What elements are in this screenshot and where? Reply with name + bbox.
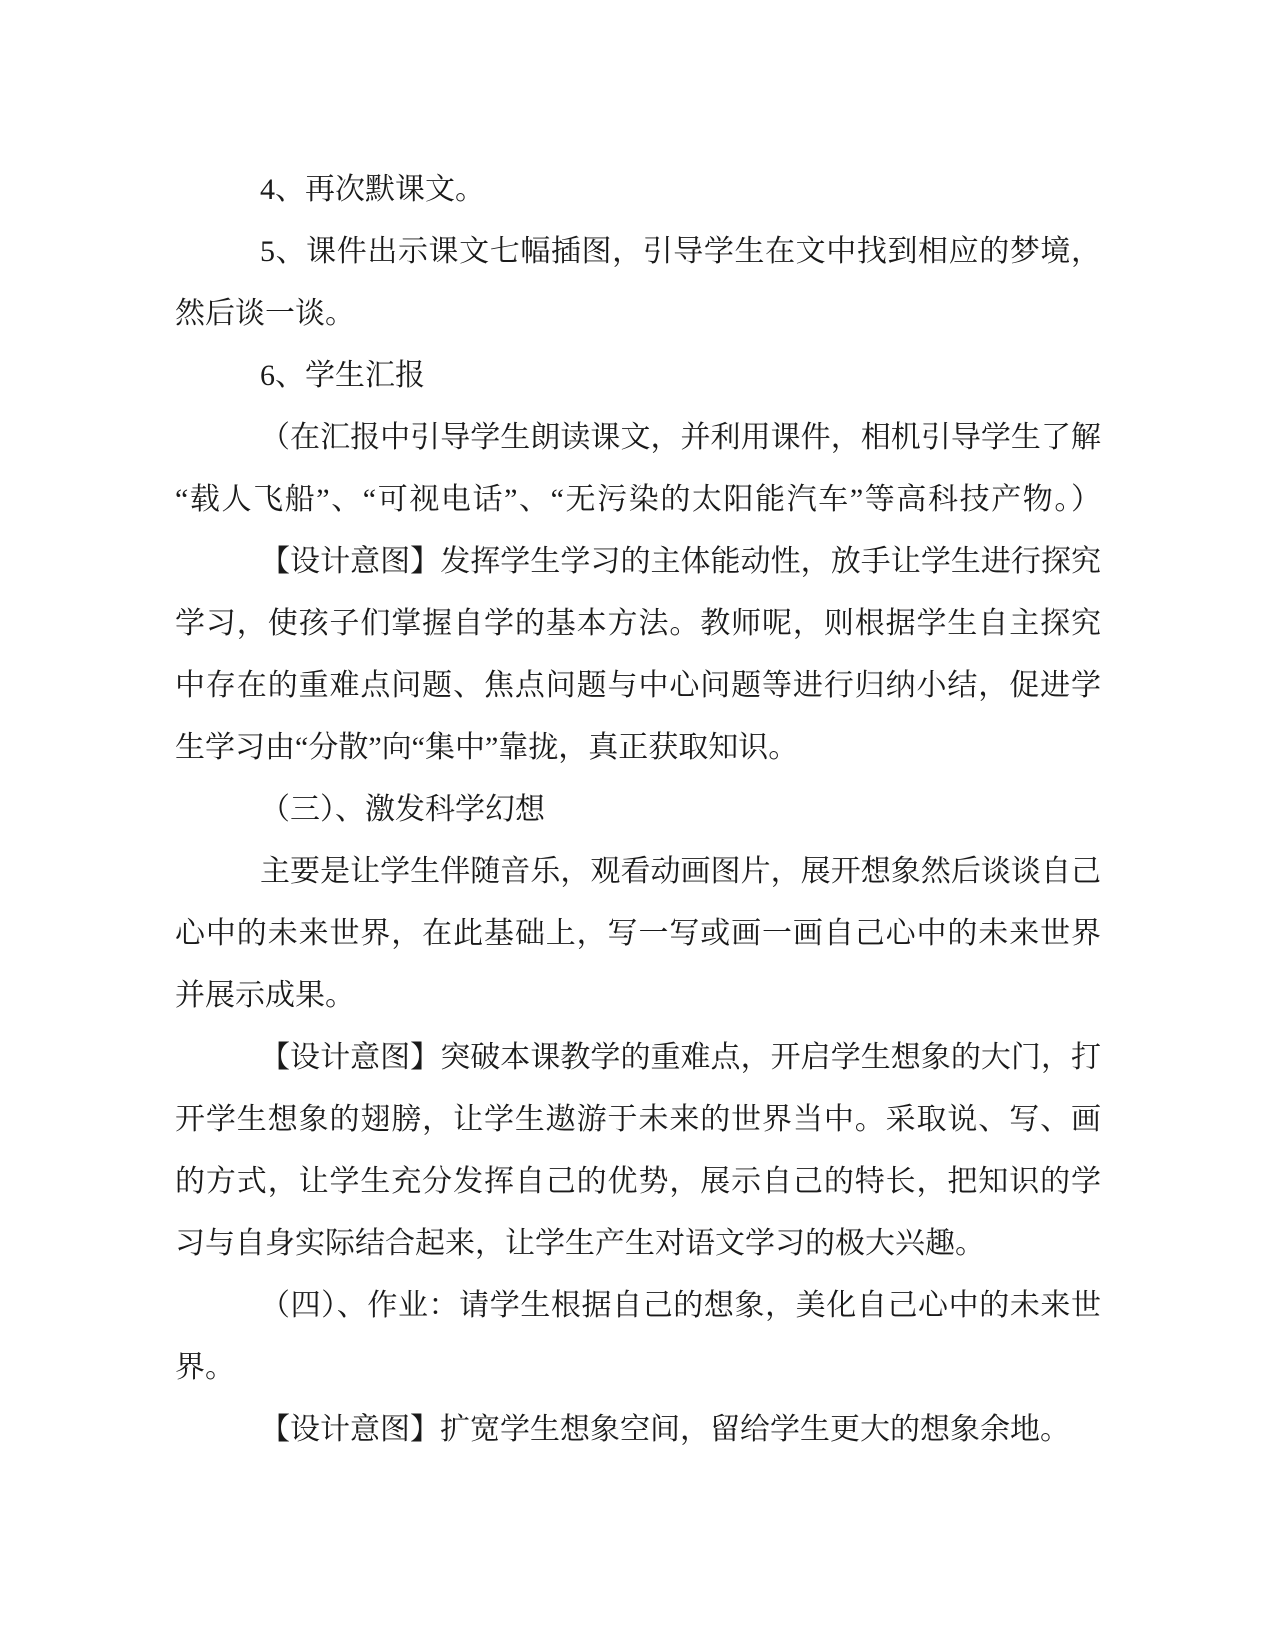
text-line: 学习，使孩子们掌握自学的基本方法。教师呢，则根据学生自主探究: [175, 593, 1101, 655]
text-line: （四）、作业：请学生根据自己的想象，美化自己心中的未来世: [175, 1275, 1101, 1337]
text-line: 心中的未来世界，在此基础上，写一写或画一画自己心中的未来世界: [175, 903, 1101, 965]
text-line: 【设计意图】突破本课教学的重难点，开启学生想象的大门，打: [175, 1027, 1101, 1089]
text-line: 【设计意图】发挥学生学习的主体能动性，放手让学生进行探究: [175, 531, 1101, 593]
document-page: 4、再次默课文。5、课件出示课文七幅插图，引导学生在文中找到相应的梦境，然后谈一…: [0, 0, 1275, 1650]
text-line: （在汇报中引导学生朗读课文，并利用课件，相机引导学生了解: [175, 407, 1101, 469]
text-block: 4、再次默课文。5、课件出示课文七幅插图，引导学生在文中找到相应的梦境，然后谈一…: [175, 159, 1101, 1461]
text-line: “载人飞船”、“可视电话”、“无污染的太阳能汽车”等高科技产物。）: [175, 469, 1101, 531]
text-line: 中存在的重难点问题、焦点问题与中心问题等进行归纳小结，促进学: [175, 655, 1101, 717]
text-line: 生学习由“分散”向“集中”靠拢，真正获取知识。: [175, 717, 1101, 779]
text-line: 然后谈一谈。: [175, 283, 1101, 345]
text-line: 主要是让学生伴随音乐，观看动画图片，展开想象然后谈谈自己: [175, 841, 1101, 903]
text-line: 6、学生汇报: [175, 345, 1101, 407]
text-line: 并展示成果。: [175, 965, 1101, 1027]
text-line: 4、再次默课文。: [175, 159, 1101, 221]
text-line: 界。: [175, 1337, 1101, 1399]
text-line: 开学生想象的翅膀，让学生遨游于未来的世界当中。采取说、写、画: [175, 1089, 1101, 1151]
text-line: 【设计意图】扩宽学生想象空间，留给学生更大的想象余地。: [175, 1399, 1101, 1461]
text-line: 习与自身实际结合起来，让学生产生对语文学习的极大兴趣。: [175, 1213, 1101, 1275]
text-line: 5、课件出示课文七幅插图，引导学生在文中找到相应的梦境，: [175, 221, 1101, 283]
text-line: （三）、激发科学幻想: [175, 779, 1101, 841]
text-line: 的方式，让学生充分发挥自己的优势，展示自己的特长，把知识的学: [175, 1151, 1101, 1213]
